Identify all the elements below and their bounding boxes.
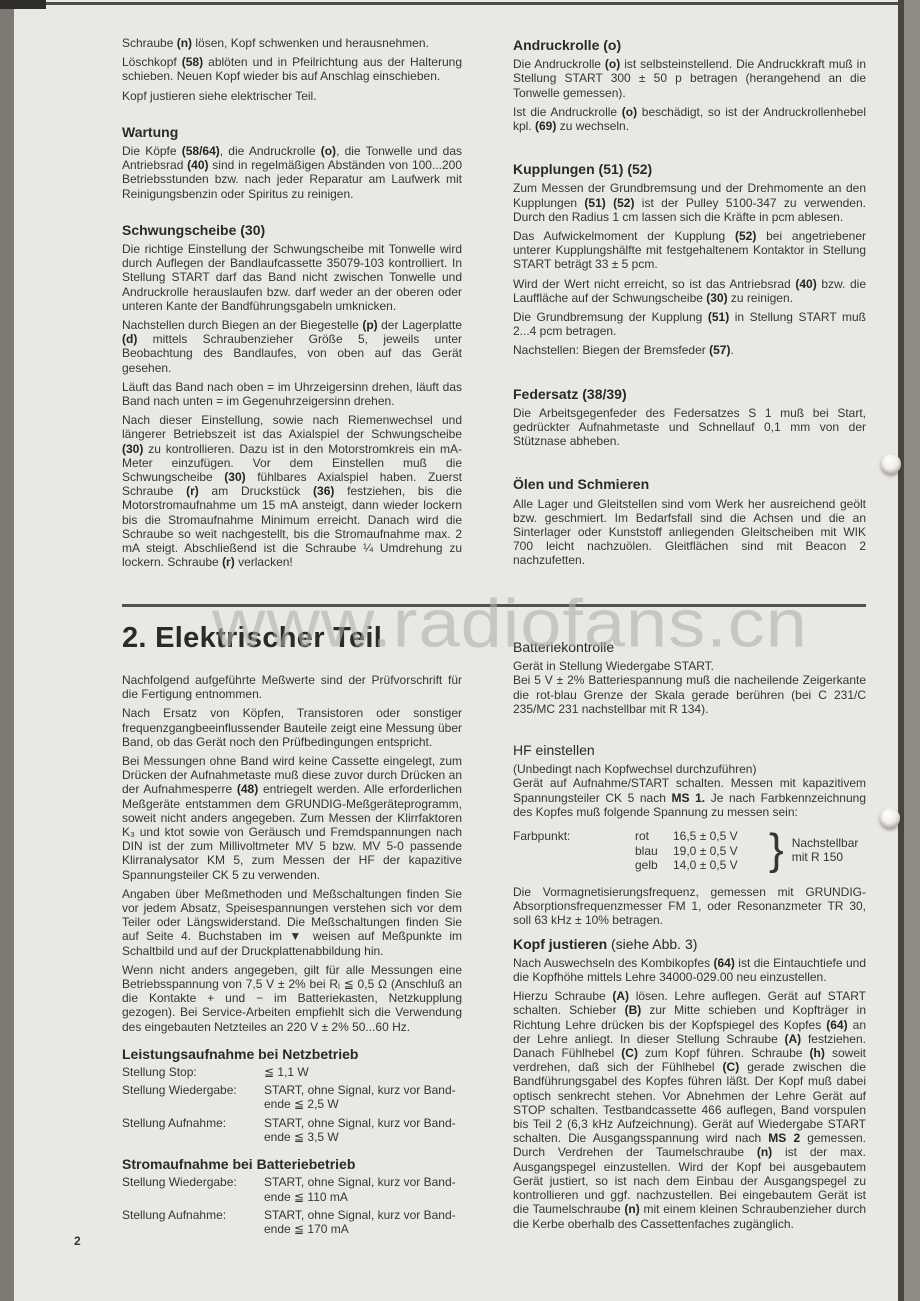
- section-heading: Wartung: [122, 125, 462, 139]
- farbpunkt-table: Farbpunkt:rotblaugelb16,5 ± 0,5 V19,0 ± …: [513, 829, 866, 873]
- paragraph: Wird der Wert nicht erreicht, so ist das…: [513, 277, 866, 305]
- page-number: 2: [74, 1234, 81, 1248]
- scanned-page: www.radiofans.cn Schraube (n) lösen, Kop…: [0, 0, 920, 1301]
- paragraph: Bei 5 V ± 2% Batteriespannung muß die na…: [513, 673, 866, 716]
- paragraph: Nach Ersatz von Köpfen, Transistoren ode…: [122, 706, 462, 749]
- page-right-edge: [898, 0, 904, 1301]
- section-heading: Stromaufnahme bei Batteriebetrieb: [122, 1157, 462, 1171]
- paragraph: Nachstellen: Biegen der Bremsfeder (57).: [513, 343, 866, 357]
- paragraph: Nach dieser Einstellung, sowie nach Riem…: [122, 413, 462, 569]
- section-heading: Kopf justieren (siehe Abb. 3): [513, 937, 866, 951]
- paragraph: Zum Messen der Grundbremsung und der Dre…: [513, 181, 866, 224]
- spec-value: START, ohne Signal, kurz vor Band- ende …: [264, 1208, 462, 1236]
- paragraph: Die Köpfe (58/64), die Andruckrolle (o),…: [122, 144, 462, 201]
- brace-glyph: }: [769, 828, 784, 872]
- spec-value: START, ohne Signal, kurz vor Band- ende …: [264, 1175, 462, 1203]
- spec-value: START, ohne Signal, kurz vor Band- ende …: [264, 1083, 462, 1111]
- paragraph: Das Aufwickelmoment der Kupplung (52) be…: [513, 229, 866, 272]
- scan-edge-left: [0, 0, 14, 1301]
- paragraph: Gerät in Stellung Wiedergabe START.: [513, 659, 866, 673]
- spec-value: START, ohne Signal, kurz vor Band- ende …: [264, 1116, 462, 1144]
- farbpunkt-note: Nachstellbar mit R 150: [792, 829, 866, 864]
- paragraph: Die Arbeitsgegenfeder des Federsatzes S …: [513, 406, 866, 449]
- paragraph: (Unbedingt nach Kopfwechsel durchzuführe…: [513, 762, 866, 776]
- spec-row: Stellung Aufnahme:START, ohne Signal, ku…: [122, 1116, 462, 1144]
- paragraph: Angaben über Meßmethoden und Meßschaltun…: [122, 887, 462, 958]
- section-heading: HF einstellen: [513, 743, 866, 757]
- paragraph: Bei Messungen ohne Band wird keine Casse…: [122, 754, 462, 882]
- binder-rivet: [880, 808, 900, 828]
- column-right-electrical: BatteriekontrolleGerät in Stellung Wiede…: [513, 640, 866, 1236]
- spec-row: Stellung Stop:≦ 1,1 W: [122, 1065, 462, 1079]
- paragraph: Läuft das Band nach oben = im Uhrzeigers…: [122, 380, 462, 408]
- binder-rivet: [881, 454, 901, 474]
- farbpunkt-label: Farbpunkt:: [513, 829, 635, 843]
- paragraph: Gerät auf Aufnahme/START schalten. Messe…: [513, 776, 866, 819]
- paragraph: Die Grundbremsung der Kupplung (51) in S…: [513, 310, 866, 338]
- section-heading: Federsatz (38/39): [513, 387, 866, 401]
- section-divider-rule: [122, 604, 866, 607]
- paragraph: Schraube (n) lösen, Kopf schwenken und h…: [122, 36, 462, 50]
- paragraph: Die richtige Einstellung der Schwungsche…: [122, 242, 462, 313]
- section-heading: Andruckrolle (o): [513, 38, 866, 52]
- paragraph: Ist die Andruckrolle (o) beschädigt, so …: [513, 105, 866, 133]
- section-heading: Schwungscheibe (30): [122, 223, 462, 237]
- paragraph: Die Andruckrolle (o) ist selbsteinstelle…: [513, 57, 866, 100]
- section-heading: Batteriekontrolle: [513, 640, 866, 654]
- farbpunkt-values: 16,5 ± 0,5 V19,0 ± 0,5 V14,0 ± 0,5 V: [673, 829, 769, 873]
- spec-row: Stellung Wiedergabe:START, ohne Signal, …: [122, 1175, 462, 1203]
- spec-row: Stellung Wiedergabe:START, ohne Signal, …: [122, 1083, 462, 1111]
- section-heading: Kupplungen (51) (52): [513, 162, 866, 176]
- column-left-mechanical: Schraube (n) lösen, Kopf schwenken und h…: [122, 36, 462, 575]
- column-right-mechanical: Andruckrolle (o)Die Andruckrolle (o) ist…: [513, 38, 866, 573]
- section-heading: Ölen und Schmieren: [513, 477, 866, 491]
- paragraph: Nachstellen durch Biegen an der Biegeste…: [122, 318, 462, 375]
- spec-label: Stellung Aufnahme:: [122, 1208, 264, 1236]
- chapter-title: 2. Elektrischer Teil: [122, 621, 462, 655]
- paragraph: Hierzu Schraube (A) lösen. Lehre auflege…: [513, 989, 866, 1230]
- spec-label: Stellung Aufnahme:: [122, 1116, 264, 1144]
- paragraph: Löschkopf (58) ablöten und in Pfeilricht…: [122, 55, 462, 83]
- paragraph: Die Vormagnetisierungsfrequenz, gemessen…: [513, 885, 866, 928]
- farbpunkt-colors: rotblaugelb: [635, 829, 673, 873]
- page-top-edge: [36, 2, 898, 5]
- paragraph: Nach Auswechseln des Kombikopfes (64) is…: [513, 956, 866, 984]
- column-left-electrical: 2. Elektrischer TeilNachfolgend aufgefüh…: [122, 621, 462, 1240]
- paragraph: Kopf justieren siehe elektrischer Teil.: [122, 89, 462, 103]
- spec-value: ≦ 1,1 W: [264, 1065, 462, 1079]
- paragraph: Wenn nicht anders angegeben, gilt für al…: [122, 963, 462, 1034]
- corner-mark: [0, 0, 46, 9]
- paragraph: Alle Lager und Gleitstellen sind vom Wer…: [513, 497, 866, 568]
- section-heading: Leistungsaufnahme bei Netzbetrieb: [122, 1047, 462, 1061]
- spec-label: Stellung Wiedergabe:: [122, 1175, 264, 1203]
- spec-label: Stellung Wiedergabe:: [122, 1083, 264, 1111]
- paragraph: Nachfolgend aufgeführte Meßwerte sind de…: [122, 673, 462, 701]
- spec-label: Stellung Stop:: [122, 1065, 264, 1079]
- spec-row: Stellung Aufnahme:START, ohne Signal, ku…: [122, 1208, 462, 1236]
